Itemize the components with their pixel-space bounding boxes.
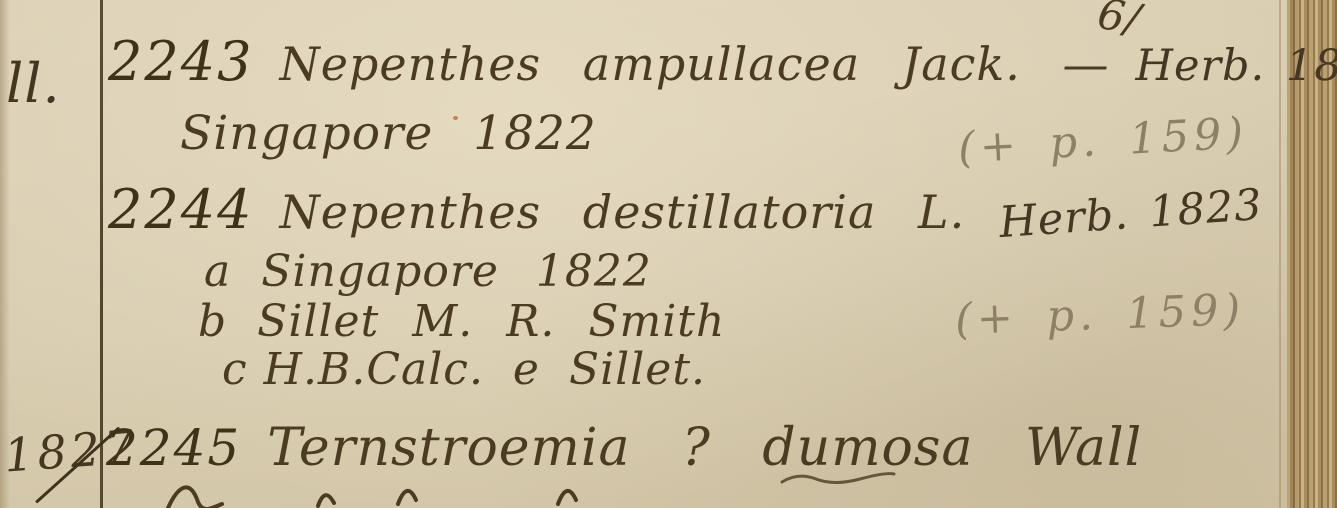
clipped-stroke [558,491,576,504]
clipped-stroke [782,474,894,483]
collection-letter: a [204,246,231,297]
entry-number: 2243 [108,30,253,93]
clipped-stroke [168,487,222,508]
collection-letter: b [198,296,227,347]
clipped-stroke [318,495,334,506]
entry-2244-row: 2244 Nepenthes destillatoria L. Herb. 18… [108,178,1263,241]
entry-title: Nepenthes ampullacea Jack. — [279,37,1109,91]
collection-text: H.B.Calc. e Sillet. [264,344,706,395]
entry-number: 2244 [108,178,253,241]
entry-title: Nepenthes destillatoria L. [279,185,965,239]
manuscript-page: ll. 1827 6/ 2243 Nepenthes ampullacea Ja… [0,0,1337,508]
pencil-page-ref: (+ p. 159) [954,285,1246,345]
collection-text: Sillet M. R. Smith [257,296,725,347]
margin-note-wall: ll. [6,52,61,115]
pencil-page-ref: (+ p. 159) [957,108,1249,173]
entry-2244-line-c: cH.B.Calc. e Sillet. [222,344,706,395]
entry-herbarium-note: Herb. 1823 [998,180,1265,248]
entry-2243-row: 2243 Nepenthes ampullacea Jack. — Herb. … [108,30,1337,93]
collection-text: Singapore 1822 [261,246,652,297]
entry-2244-line-a: aSingapore 1822 [204,246,652,297]
collection-letter: c [222,344,248,395]
entry-herbarium-note: Herb. 1823 [1136,41,1337,91]
clipped-stroke [398,491,416,504]
entry-2243-locality: Singapore 1822 [180,106,597,161]
clipped-handwriting-line [0,468,1337,508]
entry-2244-line-b: bSillet M. R. Smith [198,296,725,347]
